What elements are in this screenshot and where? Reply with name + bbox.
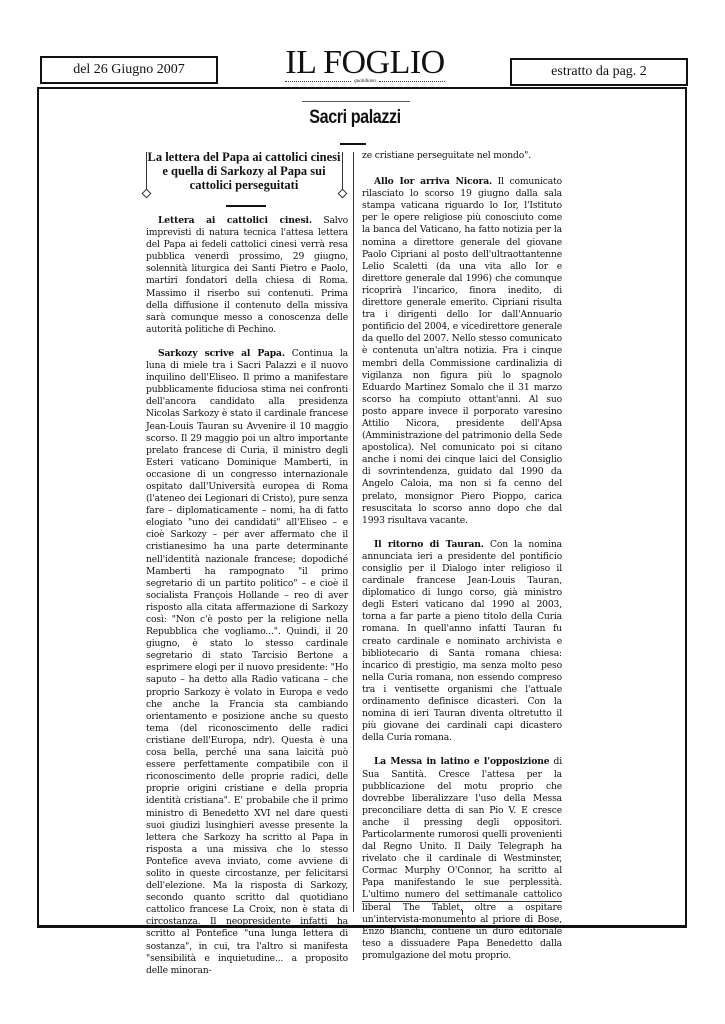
paragraph-tauran: Il ritorno di Tauran. Con la nomina annu… — [362, 539, 562, 745]
masthead-rule-right — [379, 81, 445, 83]
paragraph-lead: Il ritorno di Tauran. — [374, 539, 484, 550]
newspaper-logo: IL FOGLIO — [285, 48, 445, 78]
section-top-rule — [302, 101, 410, 102]
paragraph-body: Continua la luna di miele tra i Sacri Pa… — [146, 348, 348, 976]
publication-date: del 26 Giugno 2007 — [73, 62, 185, 77]
left-column: Lettera ai cattolici cinesi. Salvo impre… — [146, 215, 348, 989]
paragraph-lead: La Messa in latino e l'opposizione — [374, 756, 549, 767]
end-mark — [462, 910, 463, 915]
section-bottom-rule — [340, 143, 366, 145]
extract-box: estratto da pag. 2 — [510, 58, 688, 86]
headline-rule — [226, 205, 266, 207]
right-column: ze cristiane perseguitate nel mondo". Al… — [362, 150, 562, 974]
headline-bar-right — [342, 152, 343, 192]
paragraph-body: Salvo imprevisti di natura tecnica l'att… — [146, 215, 348, 335]
continuation-line: ze cristiane perseguitate nel mondo". — [362, 150, 562, 162]
paragraph-lead: Allo Ior arriva Nicora. — [374, 176, 492, 187]
article-end-rule — [362, 901, 562, 902]
paragraph-lead: Sarkozy scrive al Papa. — [158, 348, 285, 359]
paragraph-body: di Sua Santità. Cresce l'attesa per la p… — [362, 756, 562, 961]
masthead-rule-left — [285, 81, 351, 83]
paragraph-lettera: Lettera ai cattolici cinesi. Salvo impre… — [146, 215, 348, 336]
paragraph-ior: Allo Ior arriva Nicora. Il comunicato ri… — [362, 176, 562, 527]
article-headline: La lettera del Papa ai cattolici cinesi … — [146, 150, 342, 192]
masthead-tagline: quotidiano — [354, 79, 376, 85]
date-box: del 26 Giugno 2007 — [40, 56, 218, 84]
paragraph-body: Il comunicato rilasciato lo scorso 19 gi… — [362, 176, 562, 526]
section-title: Sacri palazzi — [266, 107, 445, 129]
paragraph-sarkozy: Sarkozy scrive al Papa. Continua la luna… — [146, 348, 348, 977]
paragraph-lead: Lettera ai cattolici cinesi. — [158, 215, 312, 226]
paragraph-body: Con la nomina annunciata ieri a presiden… — [362, 539, 562, 744]
paragraph-messa: La Messa in latino e l'opposizione di Su… — [362, 756, 562, 962]
extract-page: estratto da pag. 2 — [551, 64, 647, 79]
column-divider — [353, 152, 354, 912]
masthead: IL FOGLIO quotidiano — [285, 48, 445, 85]
